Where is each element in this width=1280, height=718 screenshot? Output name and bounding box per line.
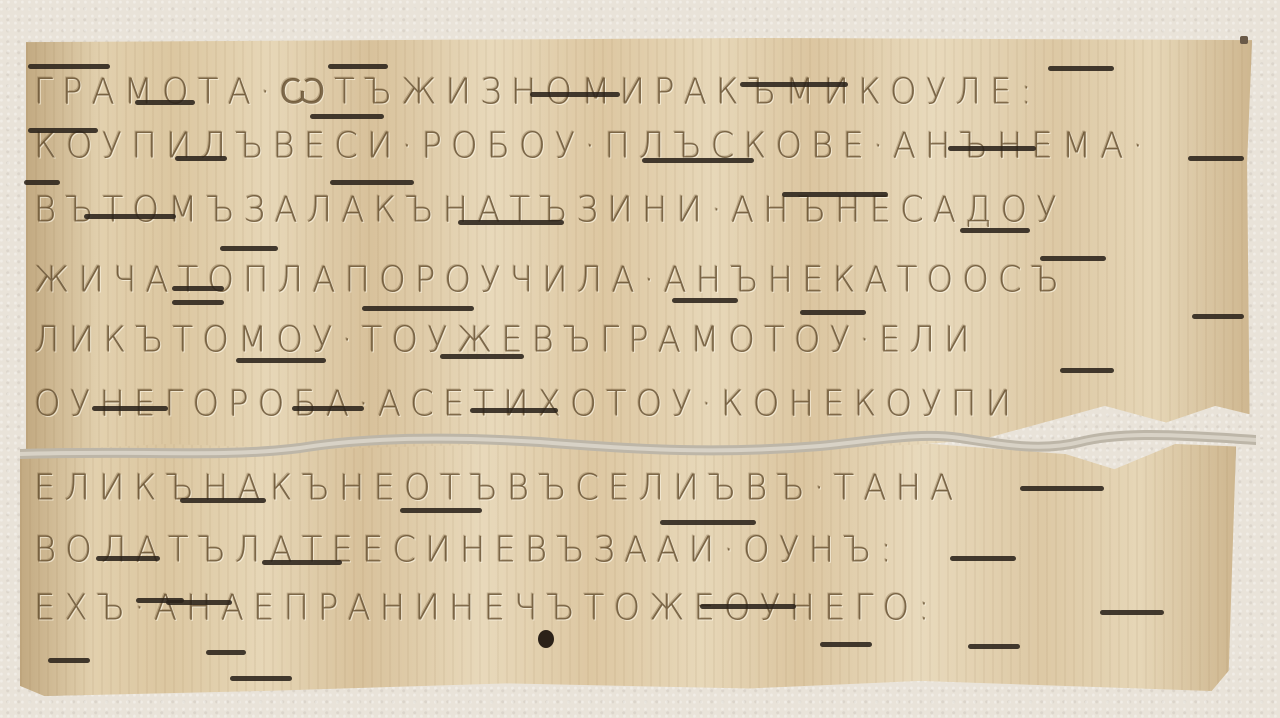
birch-bark-lower-fragment <box>20 444 1236 696</box>
birch-bark-upper-fragment <box>26 38 1252 456</box>
